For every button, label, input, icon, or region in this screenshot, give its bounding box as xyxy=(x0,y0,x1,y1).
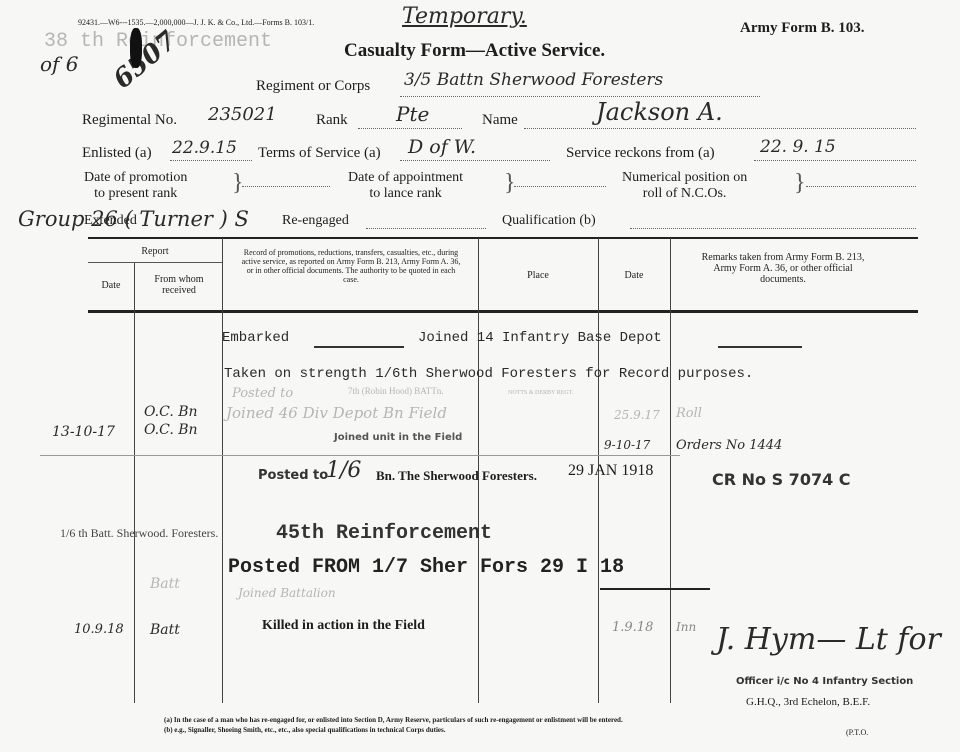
enlisted-label: Enlisted (a) xyxy=(82,145,152,162)
officer-line: Officer i/c No 4 Infantry Section xyxy=(736,676,913,687)
regimental-no-label: Regimental No. xyxy=(82,112,177,129)
battalion-stamp: 1/6 th Batt. Sherwood. Foresters. xyxy=(60,526,218,541)
qualification-label: Qualification (b) xyxy=(502,213,596,229)
regiment-label: Regiment or Corps xyxy=(256,78,370,95)
enlisted-value[interactable]: 22.9.15 xyxy=(172,138,237,158)
regiment-value[interactable]: 3/5 Battn Sherwood Foresters xyxy=(404,70,663,90)
embarked-entry: Embarked xyxy=(222,330,289,346)
footnote-a: (a) In the case of a man who has re-enga… xyxy=(164,716,623,724)
rank-label: Rank xyxy=(316,112,348,129)
joined-base-depot-entry: Joined 14 Infantry Base Depot xyxy=(418,330,662,346)
reinforcement-stamp: 45th Reinforcement xyxy=(276,522,492,545)
posted-to-value: 1/6 xyxy=(326,458,361,483)
row3-date-2: 1.9.18 xyxy=(612,620,653,635)
terms-label: Terms of Service (a) xyxy=(258,145,381,162)
row3-from: Batt xyxy=(150,622,180,638)
cr-number-stamp: CR No S 7074 C xyxy=(712,470,851,489)
joined-unit-entry: Joined unit in the Field xyxy=(334,432,462,443)
promotion-field[interactable] xyxy=(242,186,330,187)
reengaged-label: Re-engaged xyxy=(282,213,349,229)
notts-derby-stamp: NOTTS & DERBY REGT. xyxy=(508,390,573,396)
promotion-label: Date of promotion to present rank xyxy=(84,170,187,202)
form-title: Casualty Form—Active Service. xyxy=(344,40,605,62)
header-remarks: Remarks taken from Army Form B. 213, Arm… xyxy=(690,252,876,285)
reengaged-field[interactable] xyxy=(366,228,486,229)
row1-date: 13-10-17 xyxy=(52,424,115,440)
row1-from-1: O.C. Bn xyxy=(144,404,198,420)
header-date-2: Date xyxy=(598,270,670,281)
terms-value[interactable]: D of W. xyxy=(408,136,476,158)
qualification-field[interactable] xyxy=(630,228,916,229)
service-reckons-label: Service reckons from (a) xyxy=(566,145,715,162)
faint-row-record: Joined Battalion xyxy=(238,586,336,600)
corner-handwritten-note: of 6 xyxy=(40,52,79,76)
row1-date-2: 9-10-17 xyxy=(604,438,650,452)
service-reckons-value[interactable]: 22. 9. 15 xyxy=(760,137,836,157)
faint-joined-div-entry: Joined 46 Div Depot Bn Field xyxy=(226,404,447,422)
printer-line: 92431.—W6---1535.—2,000,000—J. J. K. & C… xyxy=(78,18,314,27)
faint-remark-entry: Roll xyxy=(676,406,702,421)
faint-row-from: Batt xyxy=(150,576,180,592)
faint-posted-entry: Posted to xyxy=(232,386,293,401)
footnote-b: (b) e.g., Signaller, Shoeing Smith, etc.… xyxy=(164,726,446,734)
row1-remark: Orders No 1444 xyxy=(676,438,782,453)
robin-hood-stamp: 7th (Robin Hood) BATTn. xyxy=(348,386,444,396)
row3-date: 10.9.18 xyxy=(74,622,124,637)
posted-from-entry: Posted FROM 1/7 Sher Fors 29 I 18 xyxy=(228,556,624,579)
taken-on-strength-entry: Taken on strength 1/6th Sherwood Foreste… xyxy=(224,366,753,382)
name-label: Name xyxy=(482,112,518,129)
killed-in-action-entry: Killed in action in the Field xyxy=(262,618,425,634)
form-number: Army Form B. 103. xyxy=(740,20,865,37)
header-report: Report xyxy=(88,246,222,257)
extended-overwrite[interactable]: Group 26 ( Turner ) S xyxy=(18,207,249,231)
temporary-note: Temporary. xyxy=(402,4,527,29)
echelon-line: G.H.Q., 3rd Echelon, B.E.F. xyxy=(746,696,870,708)
posted-date-stamp: 29 JAN 1918 xyxy=(568,462,653,480)
header-place: Place xyxy=(478,270,598,281)
ink-blot xyxy=(130,28,142,68)
name-value[interactable]: Jackson A. xyxy=(596,98,723,126)
numerical-position-label: Numerical position on roll of N.C.Os. xyxy=(622,170,747,202)
rank-value[interactable]: Pte xyxy=(396,102,429,126)
header-record: Record of promotions, reductions, transf… xyxy=(240,248,462,284)
signature: J. Hym— Lt for xyxy=(716,622,941,657)
appointment-label: Date of appointment to lance rank xyxy=(348,170,463,202)
faint-date-entry: 25.9.17 xyxy=(614,408,660,422)
appointment-field[interactable] xyxy=(514,186,606,187)
numerical-position-field[interactable] xyxy=(806,186,916,187)
header-date: Date xyxy=(88,280,134,291)
pto-note: (P.T.O. xyxy=(846,728,868,737)
regimental-no-value[interactable]: 235021 xyxy=(208,104,277,125)
row3-remark: Inn xyxy=(676,620,696,634)
posted-unit: Bn. The Sherwood Foresters. xyxy=(376,468,537,484)
row1-from-2: O.C. Bn xyxy=(144,422,198,438)
header-from-whom: From whom received xyxy=(140,274,218,296)
posted-to-label: Posted to xyxy=(258,468,328,483)
